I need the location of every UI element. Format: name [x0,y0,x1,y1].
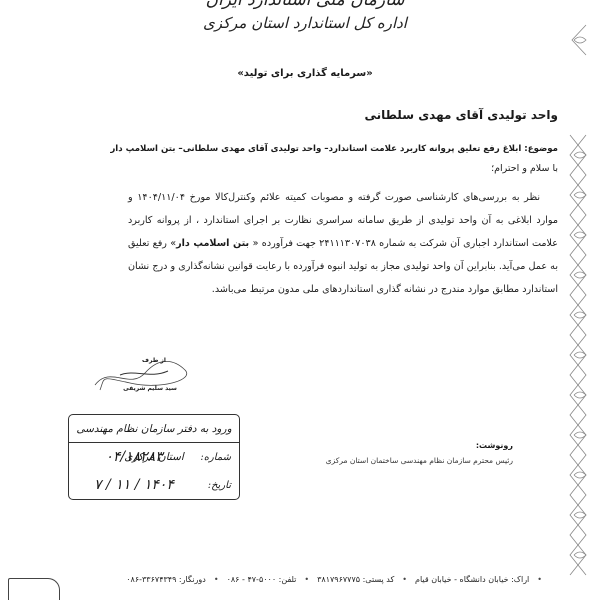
signature-block: از طرف سید سلیم شریفی [90,355,200,395]
stamp-number-value: ۰۴/۱۸۲۸۳ [77,449,191,465]
cc-recipient: رئیس محترم سازمان نظام مهندسی ساختمان اس… [326,456,513,465]
signature-note: از طرف [142,357,166,364]
footer-address: اراک: خیابان دانشگاه - خیابان قیام [415,575,529,584]
letter-body: نظر به بررسی‌های کارشناسی صورت گرفته و م… [128,186,558,301]
stamp-number-label: شماره: [191,452,231,463]
subject-line: موضوع: ابلاغ رفع تعلیق پروانه کاربرد علا… [138,144,558,154]
footer-postal-code: کد پستی: ۳۸۱۷۹۶۷۷۷۵ [317,575,394,584]
registry-stamp: ورود به دفتر سازمان نظام مهندسی استان مر… [68,414,240,500]
stamp-date-value: ۱۴۰۴ / ۱۱ / ۷ [77,477,191,493]
footer-fax: دورنگار: ۳۳۶۷۴۳۴۹-۰۸۶ [126,575,206,584]
stamp-header: ورود به دفتر سازمان نظام مهندسی استان مر… [69,415,239,443]
slogan: «سرمایه گذاری برای تولید» [180,68,430,79]
signature-name: سید سلیم شریفی [110,385,190,392]
greeting: با سلام و احترام؛ [491,163,558,174]
letterhead-org-subtitle: اداره کل استاندارد استان مرکزی [180,14,430,32]
corner-logo-curve-icon [44,578,60,600]
recipient: واحد تولیدی آقای مهدی سلطانی [364,108,558,122]
cc-label: رونوشت: [476,441,513,450]
footer-phone: تلفن: ۵۰۰۰-۴۷ - ۰۸۶ [227,575,297,584]
body-paragraph: نظر به بررسی‌های کارشناسی صورت گرفته و م… [128,186,558,301]
product-name: بتن اسلامپ دار [176,238,253,249]
corner-logo-icon [8,578,46,600]
stamp-date-label: تاریخ: [191,480,231,491]
letterhead-org-title: سازمان ملی استاندارد ایران [180,0,430,10]
stamp-date-row: تاریخ: ۱۴۰۴ / ۱۱ / ۷ [69,471,239,499]
decorative-border-icon [566,20,592,590]
footer-contact: • اراک: خیابان دانشگاه - خیابان قیام • ک… [126,575,542,584]
